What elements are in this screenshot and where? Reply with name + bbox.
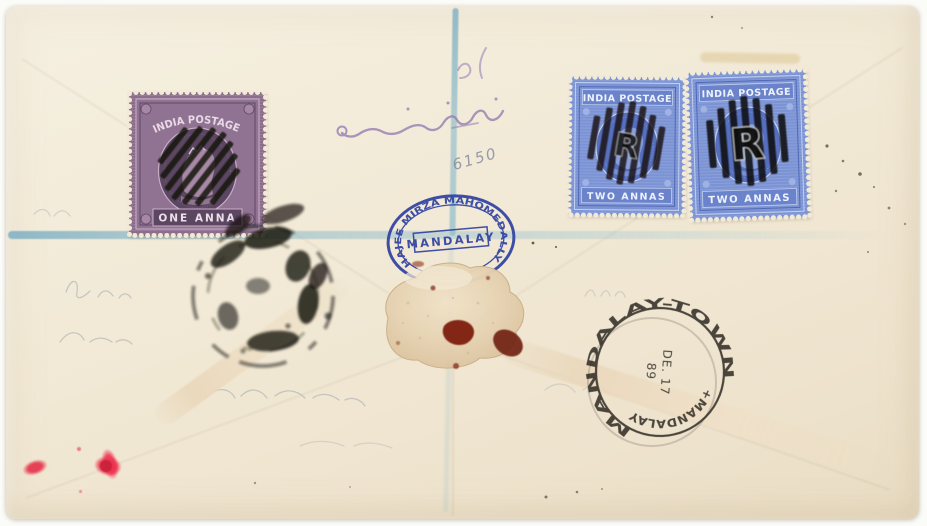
- photo-envelope-back: 6150 INDIA POSTAGE: [0, 0, 927, 526]
- ink-specks: [0, 0, 927, 526]
